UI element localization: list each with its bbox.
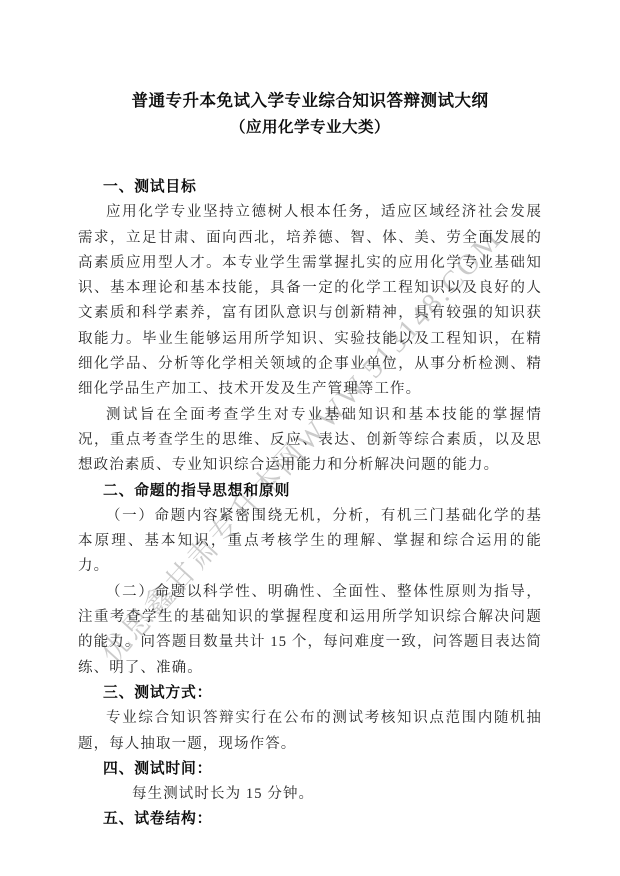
section-heading: 四、测试时间：	[78, 757, 542, 782]
document-body: 一、测试目标应用化学专业坚持立德树人根本任务，适应区域经济社会发展需求，立足甘肃…	[78, 175, 542, 833]
paragraph: 应用化学专业坚持立德树人根本任务，适应区域经济社会发展需求，立足甘肃、面向西北，…	[78, 200, 542, 402]
paragraph: 专业综合知识答辩实行在公布的测试考核知识点范围内随机抽题，每人抽取一题，现场作答…	[78, 706, 542, 757]
document-content: 普通专升本免试入学专业综合知识答辩测试大纲 （应用化学专业大类） 一、测试目标应…	[0, 0, 620, 833]
section-heading: 五、试卷结构：	[78, 807, 542, 832]
section-heading: 一、测试目标	[78, 175, 542, 200]
paragraph: 测试旨在全面考查学生对专业基础知识和基本技能的掌握情况，重点考查学生的思维、反应…	[78, 403, 542, 479]
section-heading: 三、测试方式：	[78, 681, 542, 706]
paragraph: （一）命题内容紧密围绕无机，分析，有机三门基础化学的基本原理、基本知识，重点考核…	[78, 504, 542, 580]
section-heading: 二、命题的指导思想和原则	[78, 479, 542, 504]
document-page: 优思鑫甘肃专升本网WWW.513148.COM 普通专升本免试入学专业综合知识答…	[0, 0, 620, 876]
paragraph: 每生测试时长为 15 分钟。	[78, 782, 542, 807]
paragraph: （二）命题以科学性、明确性、全面性、整体性原则为指导，注重考查学生的基础知识的掌…	[78, 580, 542, 681]
document-title: 普通专升本免试入学专业综合知识答辩测试大纲	[78, 88, 542, 115]
document-subtitle: （应用化学专业大类）	[78, 115, 542, 140]
